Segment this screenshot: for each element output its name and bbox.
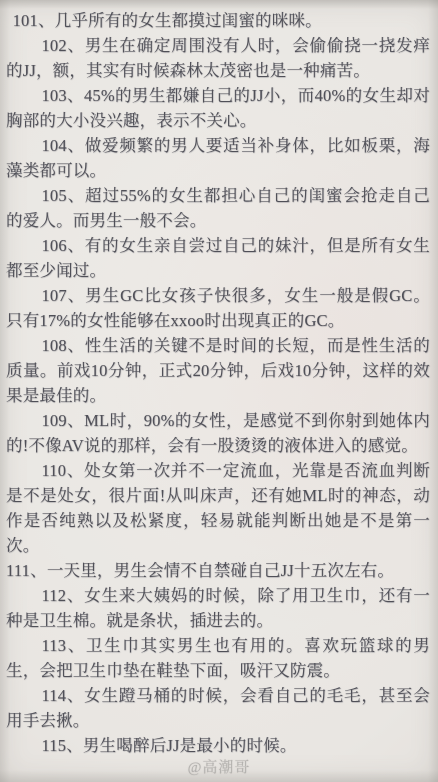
list-item: 113、卫生巾其实男生也有用的。喜欢玩篮球的男生，会把卫生巾垫在鞋垫下面，吸汗又…	[6, 633, 430, 683]
photographed-text-page: 101、几乎所有的女生都摸过闺蜜的咪咪。102、男生在确定周围没有人时，会偷偷挠…	[0, 0, 438, 782]
list-item: 103、45%的男生都嫌自己的JJ小，而40%的女生却对胸部的大小没兴趣，表示不…	[6, 83, 430, 133]
list-item: 107、男生GC比女孩子快很多，女生一般是假GC。只有17%的女性能够在xxoo…	[6, 283, 430, 333]
list-item: 102、男生在确定周围没有人时，会偷偷挠一挠发痒的JJ，额，其实有时候森林太茂密…	[6, 33, 430, 83]
list-item: 101、几乎所有的女生都摸过闺蜜的咪咪。	[6, 8, 430, 33]
list-item: 112、女生来大姨妈的时候，除了用卫生巾，还有一种是卫生棉。就是条状，插进去的。	[6, 583, 430, 633]
list-item: 106、有的女生亲自尝过自己的妹汁，但是所有女生都至少闻过。	[6, 233, 430, 283]
list-item: 115、男生喝醉后JJ是最小的时候。	[6, 733, 430, 758]
list-item: 111、一天里，男生会情不自禁碰自己JJ十五次左右。	[6, 558, 430, 583]
list-item: 108、性生活的关键不是时间的长短，而是性生活的质量。前戏10分钟，正式20分钟…	[6, 333, 430, 408]
list-item: 104、做爱频繁的男人要适当补身体，比如板栗，海藻类都可以。	[6, 133, 430, 183]
list-item: 109、ML时，90%的女性，是感觉不到你射到她体内的!不像AV说的那样，会有一…	[6, 408, 430, 458]
numbered-list: 101、几乎所有的女生都摸过闺蜜的咪咪。102、男生在确定周围没有人时，会偷偷挠…	[0, 0, 438, 758]
list-item: 114、女生蹬马桶的时候，会看自己的毛毛，甚至会用手去揪。	[6, 683, 430, 733]
watermark: @高潮哥	[0, 757, 438, 779]
list-item: 110、处女第一次并不一定流血，光靠是否流血判断是不是处女，很片面!从叫床声，还…	[6, 458, 430, 558]
list-item: 105、超过55%的女生都担心自己的闺蜜会抢走自己的爱人。而男生一般不会。	[6, 183, 430, 233]
